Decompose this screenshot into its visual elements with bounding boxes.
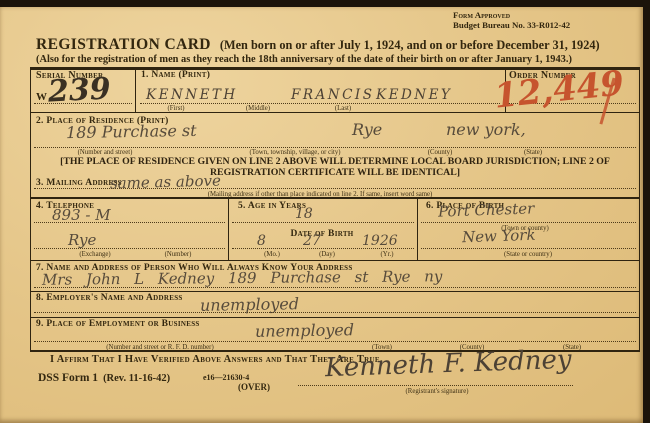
serial-write-line	[34, 103, 132, 104]
employment-place-label: 9. Place of Employment or Business	[36, 319, 200, 329]
dob-day-value: 27	[303, 233, 321, 249]
telephone-sub-exchange: (Exchange)	[79, 251, 110, 258]
name-first-value: Kenneth	[146, 87, 238, 103]
dob-sub-day: (Day)	[319, 251, 335, 258]
birth-sub-state: (State or country)	[504, 251, 552, 258]
dob-sub-month: (Mo.)	[264, 251, 280, 258]
contact-person-value: Mrs John L Kedney 189 Purchase st Rye ny	[42, 267, 443, 288]
form-id-row: DSS Form 1 (Rev. 11-16-42)	[38, 372, 170, 384]
serial-prefix: W	[36, 91, 47, 103]
telephone-exchange-value: Rye	[68, 231, 96, 249]
residence-sub-county: (County)	[428, 149, 453, 156]
signature-sub-label: (Registrant's signature)	[406, 388, 469, 395]
budget-bureau-line: Budget Bureau No. 33-R012-42	[453, 21, 570, 31]
name-last-value: Kedney	[376, 87, 452, 103]
residence-city-value: Rye	[352, 120, 382, 139]
table-right-border	[639, 67, 640, 352]
name-middle-value: Francis	[291, 87, 375, 103]
residence-sub-state: (State)	[524, 149, 542, 156]
table-left-border	[30, 67, 31, 352]
telephone-write-line-1	[34, 222, 225, 223]
mailing-address-value: same as above	[110, 172, 221, 193]
employment-place-value: unemployed	[255, 320, 354, 341]
name-label: 1. Name (Print)	[141, 70, 210, 80]
print-code: e16—21630-4	[203, 373, 249, 382]
row7-bottom-divider	[30, 291, 640, 292]
mailing-write-line	[34, 188, 636, 189]
telephone-write-line-2	[34, 248, 225, 249]
form-revision: (Rev. 11-16-42)	[103, 373, 170, 384]
tel-age-vertical-divider	[228, 197, 229, 260]
residence-sub-town: (Town, township, village, or city)	[249, 149, 340, 156]
birth-state-value: New York	[462, 226, 536, 247]
registration-card: Form Approved Budget Bureau No. 33-R012-…	[0, 7, 643, 423]
telephone-sub-number: (Number)	[165, 251, 192, 258]
age-write-line	[232, 222, 414, 223]
row456-bottom-divider	[30, 260, 640, 261]
residence-write-line	[34, 147, 636, 148]
residence-state-value: new york,	[446, 120, 526, 139]
title-row: REGISTRATION CARD (Men born on or after …	[36, 36, 600, 54]
employment-write-line	[34, 341, 636, 342]
birth-town-value: Port Chester	[438, 199, 535, 220]
age-value: 18	[295, 206, 313, 222]
dob-month-value: 8	[257, 233, 266, 249]
employer-write-line	[34, 312, 636, 313]
dob-year-value: 1926	[362, 233, 398, 249]
employment-sub-town: (Town)	[372, 344, 392, 351]
dob-sub-year: (Yr.)	[380, 251, 393, 258]
date-of-birth-label: Date of Birth	[290, 229, 353, 239]
row1-bottom-divider	[30, 112, 640, 113]
residence-sub-street: (Number and street)	[78, 149, 133, 156]
employment-sub-street: (Number and street or R. F. D. number)	[106, 344, 213, 351]
card-title: REGISTRATION CARD	[36, 36, 211, 54]
card-title-note: (Men born on or after July 1, 1924, and …	[220, 38, 600, 53]
residence-street-value: 189 Purchase st	[66, 121, 197, 142]
birth-town-write-line	[421, 222, 636, 223]
serial-name-vertical-divider	[135, 67, 136, 112]
form-id: DSS Form 1	[38, 372, 98, 384]
row8-bottom-divider	[30, 317, 640, 318]
name-sub-first: (First)	[168, 105, 185, 112]
scan-background: Form Approved Budget Bureau No. 33-R012-…	[0, 0, 650, 423]
over-note: (OVER)	[238, 382, 270, 392]
contact-write-line	[34, 287, 636, 288]
signature-line	[298, 385, 573, 386]
name-write-line	[140, 103, 500, 104]
employer-label: 8. Employer's Name and Address	[36, 293, 183, 303]
form-approved-stamp: Form Approved Budget Bureau No. 33-R012-…	[453, 11, 570, 31]
birth-state-write-line	[421, 248, 636, 249]
mailing-sub-label: (Mailing address if other than place ind…	[208, 191, 433, 198]
card-subtitle: (Also for the registration of men as the…	[36, 54, 572, 65]
name-sub-middle: (Middle)	[246, 105, 270, 112]
dob-write-line	[232, 248, 414, 249]
age-birth-vertical-divider	[417, 197, 418, 260]
name-sub-last: (Last)	[335, 105, 351, 112]
